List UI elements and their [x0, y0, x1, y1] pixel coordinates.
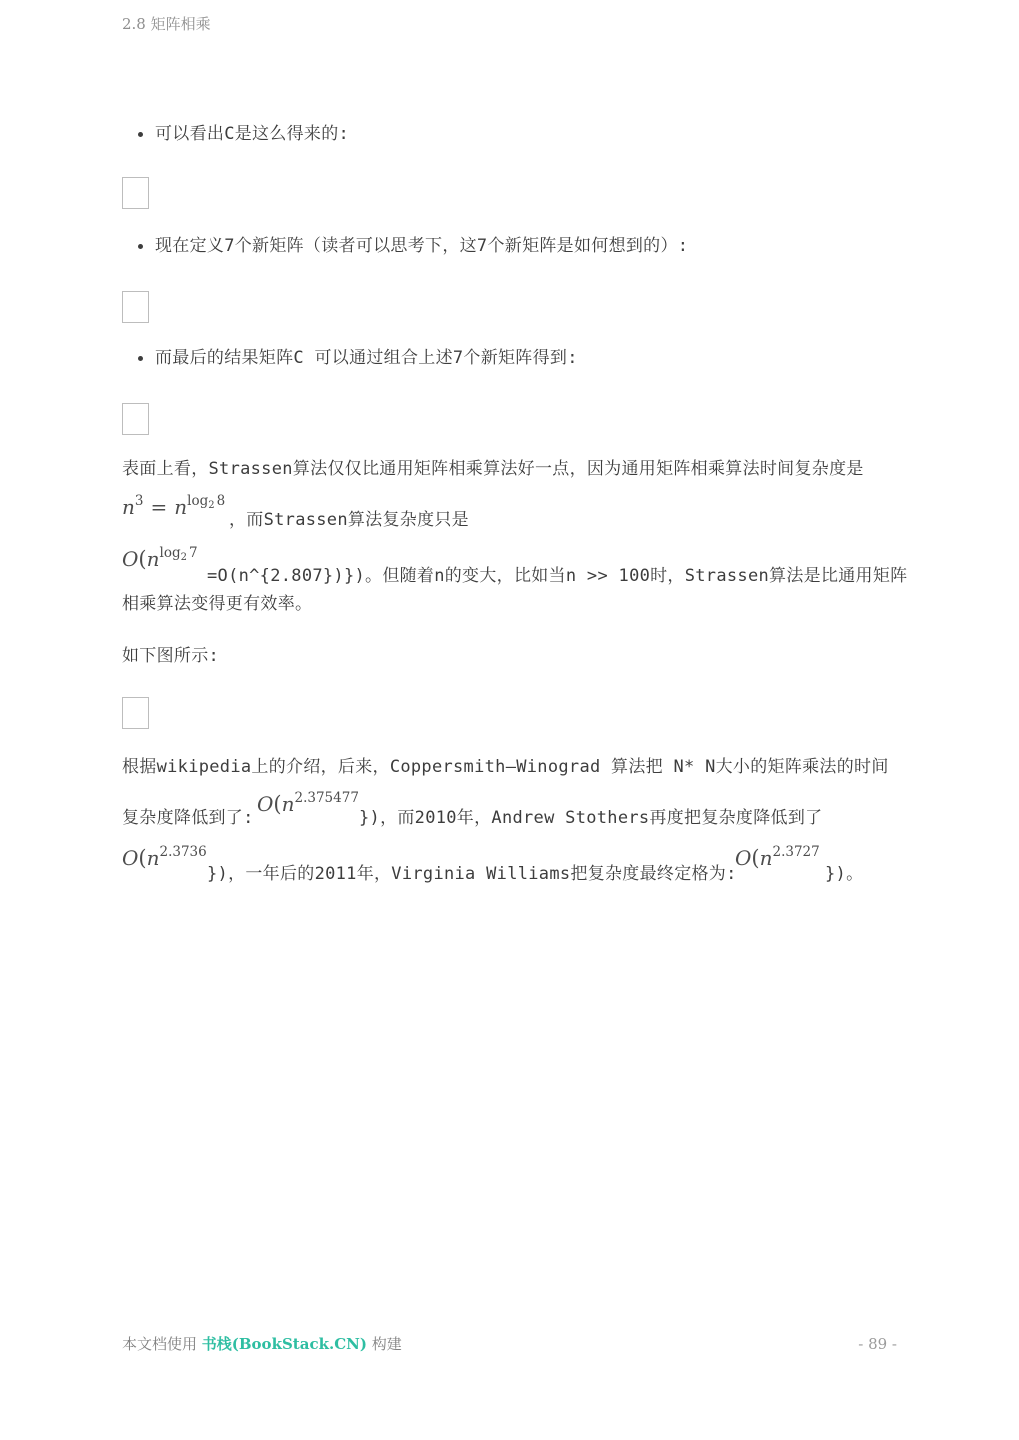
math-exponent-log: log27	[160, 545, 198, 561]
math-log-sub: 2	[208, 500, 214, 511]
footer-bookstack-link[interactable]: 书栈(BookStack.CN)	[202, 1335, 367, 1353]
math-big-o: O	[735, 846, 751, 870]
math-open-paren: (	[751, 846, 759, 870]
page-header-section-title: 2.8 矩阵相乘	[122, 13, 211, 34]
math-base: n	[760, 846, 773, 870]
math-base: n	[147, 547, 160, 571]
footer-build-prefix: 本文档使用	[122, 1335, 202, 1353]
page-footer: 本文档使用 书栈(BookStack.CN) 构建 - 89 -	[122, 1333, 897, 1354]
text-complexity-2807: =O(n^{2.807})})。但随着n的变大，比如当n >> 100时，Str…	[207, 566, 907, 586]
bullet-marker	[138, 244, 143, 249]
math-big-o: O	[122, 846, 138, 870]
formula-o-n-23727: O(n2.3727	[735, 847, 820, 872]
footer-build-suffix: 构建	[367, 1335, 402, 1353]
broken-image-placeholder-2	[122, 291, 149, 323]
bullet-marker	[138, 356, 143, 361]
bullet-text-seven-matrices: 现在定义7个新矩阵（读者可以思考下，这7个新矩阵是如何想到的）:	[155, 236, 688, 256]
text-after-n3-formula: ，而Strassen算法复杂度只是	[229, 510, 469, 530]
math-open-paren: (	[138, 846, 146, 870]
math-log-arg: 8	[217, 493, 226, 509]
math-exponent: 3	[135, 493, 144, 509]
math-exponent: 2.3727	[773, 844, 820, 860]
document-page: 2.8 矩阵相乘 可以看出C是这么得来的: 现在定义7个新矩阵（读者可以思考下，…	[0, 0, 1019, 1440]
math-big-o: O	[257, 792, 273, 816]
math-base: n	[122, 495, 135, 519]
formula-o-n-log2-7: O(nlog27	[122, 548, 198, 575]
formula-o-n-23736: O(n2.3736	[122, 847, 207, 872]
math-equals: =	[143, 495, 174, 519]
math-base: n	[147, 846, 160, 870]
math-log-sub: 2	[181, 552, 187, 563]
broken-image-placeholder-1	[122, 177, 149, 209]
paragraph-see-figure: 如下图所示:	[122, 646, 219, 666]
paragraph-strassen-intro: 表面上看，Strassen算法仅仅比通用矩阵相乘算法好一点，因为通用矩阵相乘算法…	[122, 459, 864, 479]
footer-build-note: 本文档使用 书栈(BookStack.CN) 构建	[122, 1333, 402, 1354]
text-2011-williams: })，一年后的2011年，Virginia Williams把复杂度最终定格为:	[207, 864, 737, 884]
broken-image-placeholder-3	[122, 403, 149, 435]
footer-page-number: - 89 -	[858, 1335, 897, 1353]
math-log-arg: 7	[189, 545, 198, 561]
math-log-fn: log	[160, 545, 181, 561]
bullet-marker	[138, 132, 143, 137]
formula-o-n-2375477: O(n2.375477	[257, 793, 359, 818]
math-log-fn: log	[187, 493, 208, 509]
math-open-paren: (	[138, 547, 146, 571]
math-base: n	[282, 792, 295, 816]
bullet-text-how-c-derived: 可以看出C是这么得来的:	[155, 124, 349, 144]
math-base: n	[174, 495, 187, 519]
text-2010-stothers: })，而2010年，Andrew Stothers再度把复杂度降低到了	[359, 808, 822, 828]
math-exponent: 2.3736	[160, 844, 207, 860]
math-open-paren: (	[273, 792, 281, 816]
math-exponent: 2.375477	[295, 790, 359, 806]
math-exponent-log: log28	[187, 493, 225, 509]
text-line-end: })。	[825, 864, 863, 884]
bullet-text-result-matrix-c: 而最后的结果矩阵C 可以通过组合上述7个新矩阵得到:	[155, 348, 578, 368]
math-big-o: O	[122, 547, 138, 571]
paragraph-wikipedia-intro: 根据wikipedia上的介绍，后来，Coppersmith–Winograd …	[122, 757, 889, 777]
broken-image-placeholder-4	[122, 697, 149, 729]
text-complexity-reduced-prefix: 复杂度降低到了:	[122, 808, 254, 828]
formula-n3-equals-n-log2-8: n3=nlog28	[122, 496, 225, 523]
text-strassen-more-efficient: 相乘算法变得更有效率。	[122, 594, 312, 614]
